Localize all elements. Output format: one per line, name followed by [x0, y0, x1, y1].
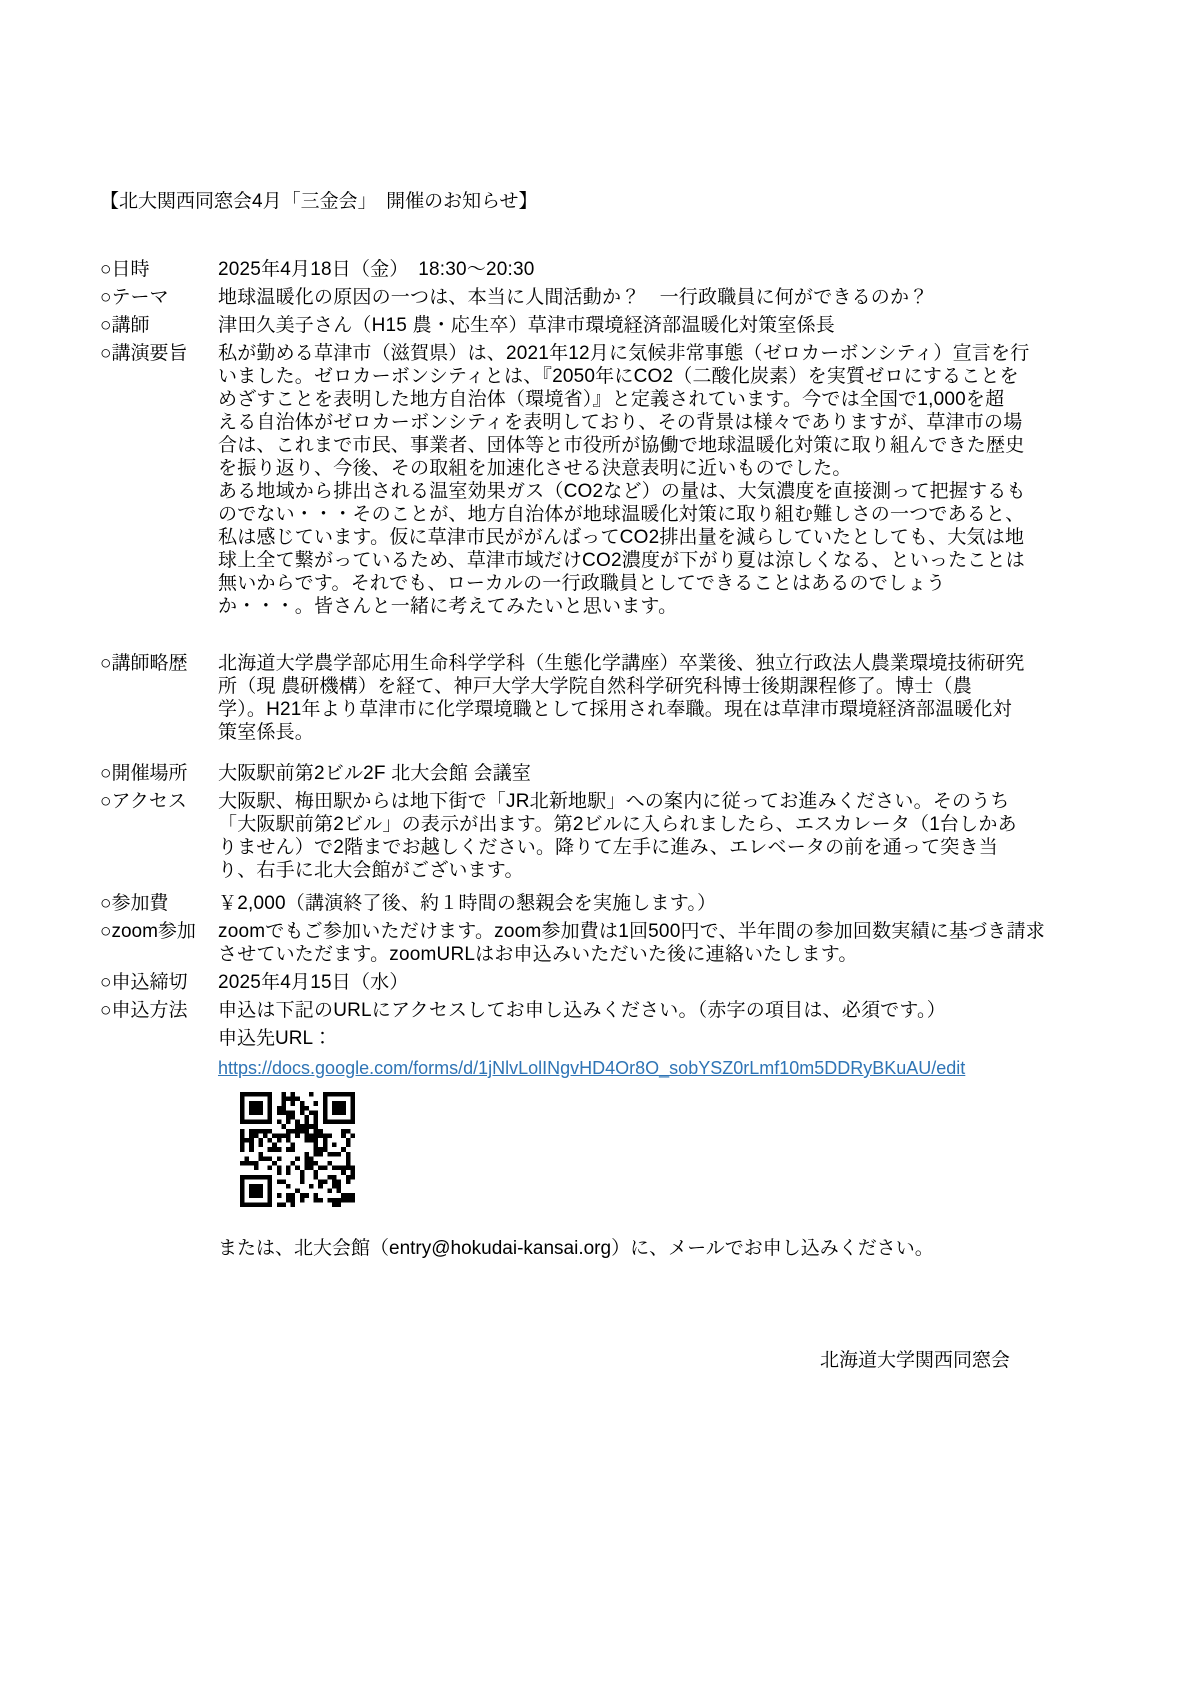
field-how-to-apply-value: 申込は下記のURLにアクセスしてお申し込みください。（赤字の項目は、必須です。） — [218, 999, 1090, 1022]
field-zoom-label: ○zoom参加 — [100, 920, 218, 966]
field-biography-value: 北海道大学農学部応用生命科学学科（生態化学講座）卒業後、独立行政法人農業環境技術… — [218, 652, 1090, 744]
field-zoom-value: zoomでもご参加いただけます。zoom参加費は1回500円で、半年間の参加回数… — [218, 920, 1090, 966]
application-form-link[interactable]: https://docs.google.com/forms/d/1jNlvLol… — [218, 1058, 965, 1078]
field-venue-value: 大阪駅前第2ビル2F 北大会館 会議室 — [218, 762, 1090, 785]
field-theme: ○テーマ 地球温暖化の原因の一つは、本当に人間活動か？ 一行政職員に何ができるの… — [100, 286, 1090, 309]
field-date: ○日時 2025年4月18日（金） 18:30～20:30 — [100, 258, 1090, 281]
field-deadline-value: 2025年4月15日（水） — [218, 971, 1090, 994]
field-fee-value: ￥2,000（講演終了後、約１時間の懇親会を実施します。） — [218, 892, 1090, 915]
field-theme-label: ○テーマ — [100, 286, 218, 309]
field-access-value: 大阪駅、梅田駅からは地下街で「JR北新地駅」への案内に従ってお進みください。その… — [218, 790, 1090, 882]
application-block: 申込先URL： https://docs.google.com/forms/d/… — [218, 1027, 1090, 1260]
field-date-label: ○日時 — [100, 258, 218, 281]
field-abstract: ○講演要旨 私が勤める草津市（滋賀県）は、2021年12月に気候非常事態（ゼロカ… — [100, 342, 1090, 618]
field-how-to-apply-label: ○申込方法 — [100, 999, 218, 1022]
field-abstract-value: 私が勤める草津市（滋賀県）は、2021年12月に気候非常事態（ゼロカーボンシティ… — [218, 342, 1090, 618]
field-fee-label: ○参加費 — [100, 892, 218, 915]
field-date-value: 2025年4月18日（金） 18:30～20:30 — [218, 258, 1090, 281]
field-access: ○アクセス 大阪駅、梅田駅からは地下街で「JR北新地駅」への案内に従ってお進みく… — [100, 790, 1090, 882]
field-zoom: ○zoom参加 zoomでもご参加いただけます。zoom参加費は1回500円で、… — [100, 920, 1090, 966]
page-title: 【北大関西同窓会4月「三金会」 開催のお知らせ】 — [100, 190, 1090, 214]
field-lecturer-label: ○講師 — [100, 314, 218, 337]
field-biography-label: ○講師略歴 — [100, 652, 218, 744]
organization-signature: 北海道大学関西同窓会 — [100, 1349, 1090, 1372]
notice-page: 【北大関西同窓会4月「三金会」 開催のお知らせ】 ○日時 2025年4月18日（… — [0, 0, 1190, 1372]
field-biography: ○講師略歴 北海道大学農学部応用生命科学学科（生態化学講座）卒業後、独立行政法人… — [100, 652, 1090, 744]
field-deadline-label: ○申込締切 — [100, 971, 218, 994]
application-url-label: 申込先URL： — [218, 1027, 1090, 1050]
field-lecturer: ○講師 津田久美子さん（H15 農・応生卒）草津市環境経済部温暖化対策室係長 — [100, 314, 1090, 337]
field-venue: ○開催場所 大阪駅前第2ビル2F 北大会館 会議室 — [100, 762, 1090, 785]
field-abstract-label: ○講演要旨 — [100, 342, 218, 618]
field-lecturer-value: 津田久美子さん（H15 農・応生卒）草津市環境経済部温暖化対策室係長 — [218, 314, 1090, 337]
field-deadline: ○申込締切 2025年4月15日（水） — [100, 971, 1090, 994]
qr-code — [240, 1092, 355, 1207]
field-theme-value: 地球温暖化の原因の一つは、本当に人間活動か？ 一行政職員に何ができるのか？ — [218, 286, 1090, 309]
field-how-to-apply: ○申込方法 申込は下記のURLにアクセスしてお申し込みください。（赤字の項目は、… — [100, 999, 1090, 1022]
field-access-label: ○アクセス — [100, 790, 218, 882]
field-venue-label: ○開催場所 — [100, 762, 218, 785]
email-apply-note: または、北大会館（entry@hokudai-kansai.org）に、メールで… — [218, 1237, 1090, 1260]
application-url-line: https://docs.google.com/forms/d/1jNlvLol… — [218, 1057, 1090, 1080]
field-fee: ○参加費 ￥2,000（講演終了後、約１時間の懇親会を実施します。） — [100, 892, 1090, 915]
